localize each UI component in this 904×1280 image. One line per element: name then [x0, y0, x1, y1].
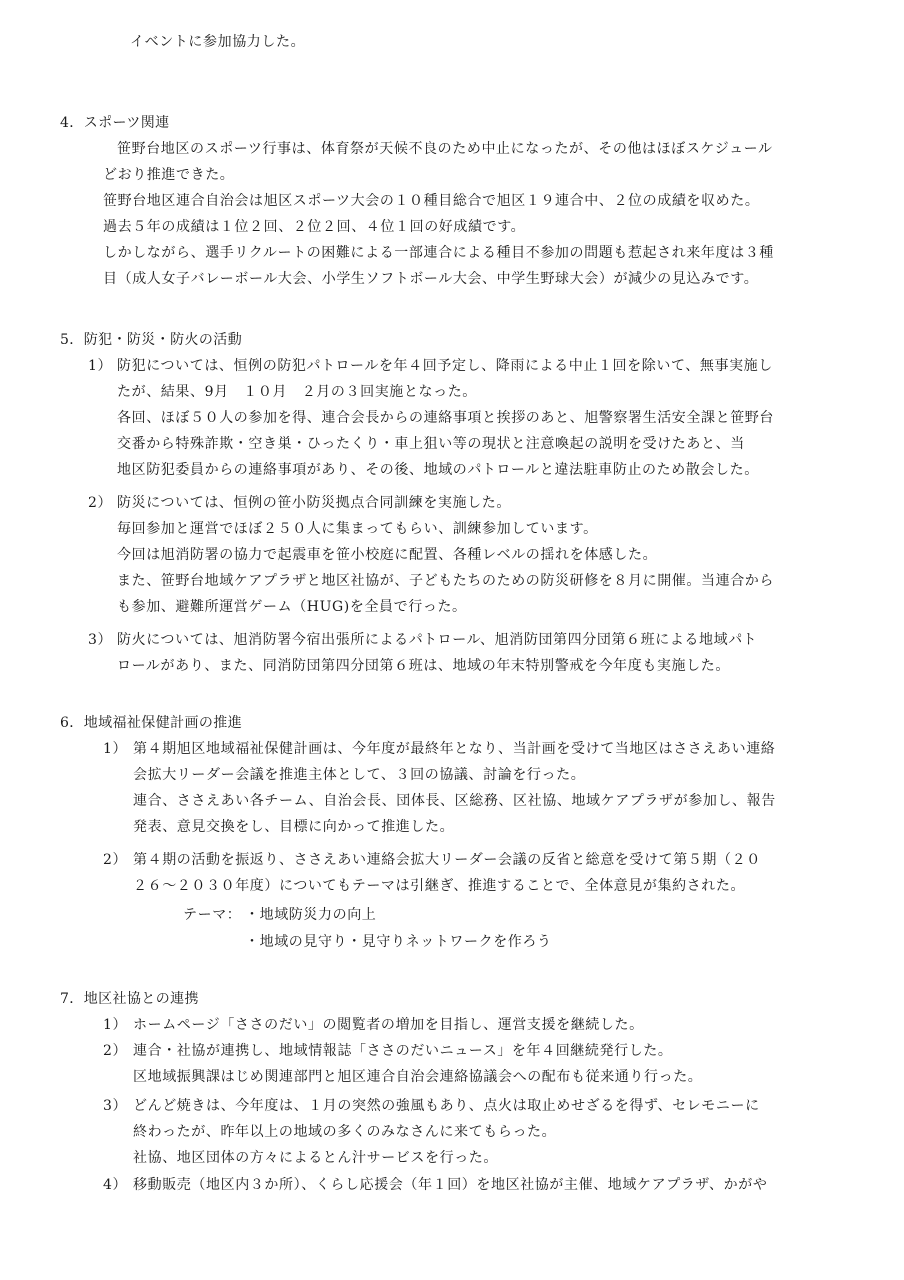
body-line: 連合・社協が連携し、地域情報誌「ささのだいニュース」を年４回継続発行した。 — [133, 1042, 673, 1060]
item-marker: 1） — [103, 1016, 127, 1034]
body-line: 区地域振興課はじめ関連部門と旭区連合自治会連絡協議会への配布も従来通り行った。 — [133, 1068, 702, 1086]
body-line: ロールがあり、また、同消防団第四分団第６班は、地域の年末特別警戒を今年度も実施し… — [117, 657, 730, 675]
section-heading: 6．地域福祉保健計画の推進 — [60, 714, 242, 732]
body-line: ２６～２０３０年度）についてもテーマは引継ぎ、推進することで、全体意見が集約され… — [133, 877, 745, 895]
item-marker: 1） — [88, 357, 112, 375]
body-line: 防犯については、恒例の防犯パトロールを年４回予定し、降雨による中止１回を除いて、… — [117, 357, 773, 375]
body-line: 終わったが、昨年以上の地域の多くのみなさんに来てもらった。 — [133, 1123, 556, 1141]
body-line: 目（成人女子バレーボール大会、小学生ソフトボール大会、中学生野球大会）が減少の見… — [103, 270, 758, 288]
body-line: また、笹野台地域ケアプラザと地区社協が、子どもたちのための防災研修を８月に開催。… — [117, 572, 774, 590]
theme-item: ・地域の見守り・見守りネットワークを作ろう — [245, 933, 552, 951]
body-line: 今回は旭消防署の協力で起震車を笹小校庭に配置、各種レベルの揺れを体感した。 — [117, 546, 657, 564]
body-line: 各回、ほぼ５０人の参加を得、連合会長からの連絡事項と挨拶のあと、旭警察署生活安全… — [117, 409, 774, 427]
section-heading: 4．スポーツ関連 — [60, 114, 170, 132]
body-line: ホームページ「ささのだい」の閲覧者の増加を目指し、運営支援を継続した。 — [133, 1016, 644, 1034]
body-line: 会拡大リーダー会議を推進主体として、３回の協議、討論を行った。 — [133, 766, 585, 784]
item-marker: 2） — [103, 851, 127, 869]
body-line: 発表、意見交換をし、目標に向かって推進した。 — [133, 818, 454, 836]
body-line: 社協、地区団体の方々によるとん汁サービスを行った。 — [133, 1149, 498, 1167]
body-line: 地区防犯委員からの連絡事項があり、その後、地域のパトロールと違法駐車防止のため散… — [117, 461, 759, 479]
body-line: 笹野台地区連合自治会は旭区スポーツ大会の１０種目総合で旭区１９連合中、２位の成績… — [103, 192, 759, 210]
body-line: たが、結果、9月 １０月 ２月の３回実施となった。 — [117, 383, 477, 401]
section-heading: 5．防犯・防災・防火の活動 — [60, 331, 242, 349]
body-line: 防火については、旭消防署今宿出張所によるパトロール、旭消防団第四分団第６班による… — [117, 631, 757, 649]
section-heading: 7．地区社協との連携 — [60, 990, 199, 1008]
body-line: 第４期の活動を振返り、ささえあい連絡会拡大リーダー会議の反省と総意を受けて第５期… — [133, 851, 761, 869]
body-line: 連合、ささえあい各チーム、自治会長、団体長、区総務、区社協、地域ケアプラザが参加… — [133, 792, 776, 810]
item-marker: 2） — [88, 494, 112, 512]
theme-item: ・地域防災力の向上 — [245, 906, 376, 924]
body-line: どおり推進できた。 — [103, 166, 234, 184]
item-marker: 2） — [103, 1042, 127, 1060]
item-marker: 4） — [103, 1176, 127, 1194]
item-marker: 1） — [103, 740, 127, 758]
body-line: 交番から特殊詐欺・空き巣・ひったくり・車上狙い等の現状と注意喚起の説明を受けたあ… — [117, 435, 745, 453]
body-line: 移動販売（地区内３か所）、くらし応援会（年１回）を地区社協が主催、地域ケアプラザ… — [133, 1176, 767, 1194]
body-line: 笹野台地区のスポーツ行事は、体育祭が天候不良のため中止になったが、その他はほぼス… — [117, 140, 773, 158]
body-line: 毎回参加と運営でほぼ２５０人に集まってもらい、訓練参加しています。 — [117, 520, 598, 538]
body-line: 防災については、恒例の笹小防災拠点合同訓練を実施した。 — [117, 494, 511, 512]
body-line: しかしながら、選手リクルートの困難による一部連合による種目不参加の問題も惹起され… — [103, 244, 774, 262]
item-marker: 3） — [103, 1097, 127, 1115]
body-line: 過去５年の成績は１位２回、２位２回、４位１回の好成績です。 — [103, 218, 525, 236]
item-marker: 3） — [88, 631, 112, 649]
body-line: 第４期旭区地域福祉保健計画は、今年度が最終年となり、当計画を受けて当地区はささえ… — [133, 740, 775, 758]
body-line: も参加、避難所運営ゲーム（HUG)を全員で行った。 — [117, 598, 467, 616]
intro-tail-line: イベントに参加協力した。 — [130, 33, 305, 51]
body-line: どんど焼きは、今年度は、１月の突然の強風もあり、点火は取止めせざるを得ず、セレモ… — [133, 1097, 760, 1115]
theme-label: テーマ： — [183, 906, 241, 924]
